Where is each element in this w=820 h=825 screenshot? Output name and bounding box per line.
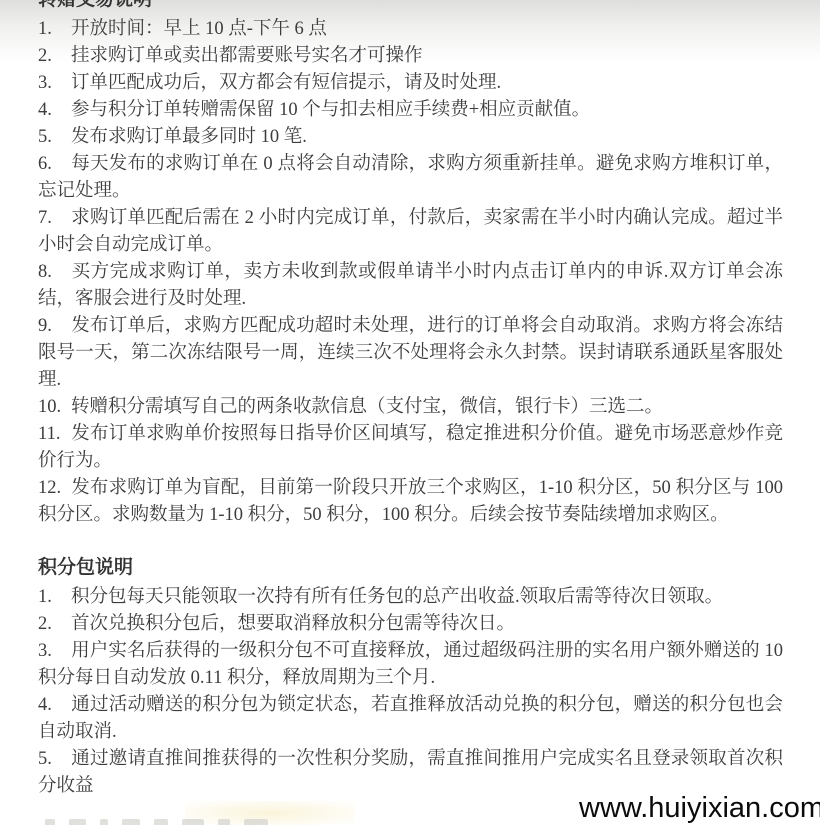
cutoff-mark xyxy=(244,819,268,825)
cutoff-mark xyxy=(218,819,230,825)
list-item: 1.积分包每天只能领取一次持有所有任务包的总产出收益.领取后需等待次日领取。 xyxy=(38,584,783,611)
list-item: 8.买方完成求购订单，卖方未收到款或假单请半小时内点击订单内的申诉.双方订单会冻… xyxy=(38,259,783,313)
item-number: 4. xyxy=(38,97,71,124)
item-text: 通过邀请直推间推获得的一次性积分奖励，需直推间推用户完成实名且登录领取首次积分收… xyxy=(38,749,783,796)
item-text: 订单匹配成功后，双方都会有短信提示，请及时处理. xyxy=(71,73,501,93)
list-item: 6.每天发布的求购订单在 0 点将会自动清除，求购方须重新挂单。避免求购方堆积订… xyxy=(38,151,783,205)
item-number: 10. xyxy=(38,394,71,421)
list-item: 2.挂求购订单或卖出都需要账号实名才可操作 xyxy=(38,43,783,70)
item-text: 积分包每天只能领取一次持有所有任务包的总产出收益.领取后需等待次日领取。 xyxy=(71,587,723,607)
list-item: 3.用户实名后获得的一级积分包不可直接释放，通过超级码注册的实名用户额外赠送的 … xyxy=(38,638,783,692)
list-item: 4.通过活动赠送的积分包为锁定状态，若直推释放活动兑换的积分包，赠送的积分包也会… xyxy=(38,692,783,746)
document-body: 转赠交易说明 1.开放时间：早上 10 点-下午 6 点 2.挂求购订单或卖出都… xyxy=(38,0,783,800)
item-number: 8. xyxy=(38,259,71,286)
item-text: 买方完成求购订单，卖方未收到款或假单请半小时内点击订单内的申诉.双方订单会冻结，… xyxy=(38,262,783,309)
item-text: 发布订单求购单价按照每日指导价区间填写，稳定推进积分价值。避免市场恶意炒作竞价行… xyxy=(38,424,783,471)
item-text: 发布订单后，求购方匹配成功超时未处理，进行的订单将会自动取消。求购方将会冻结限号… xyxy=(38,316,783,390)
list-item: 7.求购订单匹配后需在 2 小时内完成订单，付款后，卖家需在半小时内确认完成。超… xyxy=(38,205,783,259)
section-title: 转赠交易说明 xyxy=(38,0,783,12)
list-item: 10.转赠积分需填写自己的两条收款信息（支付宝，微信，银行卡）三选二。 xyxy=(38,394,783,421)
item-number: 3. xyxy=(38,70,71,97)
list-item: 1.开放时间：早上 10 点-下午 6 点 xyxy=(38,16,783,43)
item-text: 参与积分订单转赠需保留 10 个与扣去相应手续费+相应贡献值。 xyxy=(71,100,590,120)
item-text: 每天发布的求购订单在 0 点将会自动清除，求购方须重新挂单。避免求购方堆积订单，… xyxy=(38,154,783,201)
item-number: 9. xyxy=(38,313,71,340)
item-number: 5. xyxy=(38,124,71,151)
cutoff-mark xyxy=(69,819,86,825)
item-text: 转赠积分需填写自己的两条收款信息（支付宝，微信，银行卡）三选二。 xyxy=(71,397,663,417)
cutoff-mark xyxy=(154,819,168,825)
watermark-url: www.huiyixian.com xyxy=(579,792,820,824)
list-item: 11.发布订单求购单价按照每日指导价区间填写，稳定推进积分价值。避免市场恶意炒作… xyxy=(38,421,783,475)
section-points-package-rules: 积分包说明 1.积分包每天只能领取一次持有所有任务包的总产出收益.领取后需等待次… xyxy=(38,556,783,800)
item-text: 发布求购订单最多同时 10 笔. xyxy=(71,127,307,147)
item-number: 2. xyxy=(38,611,71,638)
item-number: 3. xyxy=(38,638,71,665)
item-number: 6. xyxy=(38,151,71,178)
item-text: 用户实名后获得的一级积分包不可直接释放，通过超级码注册的实名用户额外赠送的 10… xyxy=(38,641,783,688)
item-number: 7. xyxy=(38,205,71,232)
cutoff-mark xyxy=(100,819,108,825)
cutoff-text-fragment xyxy=(45,819,268,825)
item-number: 11. xyxy=(38,421,71,448)
item-number: 12. xyxy=(38,475,71,502)
item-text: 首次兑换积分包后，想要取消释放积分包需等待次日。 xyxy=(71,614,515,634)
list-item: 5.发布求购订单最多同时 10 笔. xyxy=(38,124,783,151)
item-number: 2. xyxy=(38,43,71,70)
list-item: 12.发布求购订单为盲配，目前第一阶段只开放三个求购区，1-10 积分区，50 … xyxy=(38,475,783,529)
clipped-title-container: 转赠交易说明 xyxy=(38,0,783,12)
item-text: 发布求购订单为盲配，目前第一阶段只开放三个求购区，1-10 积分区，50 积分区… xyxy=(38,478,783,525)
item-text: 通过活动赠送的积分包为锁定状态，若直推释放活动兑换的积分包，赠送的积分包也会自动… xyxy=(38,695,783,742)
item-text: 求购订单匹配后需在 2 小时内完成订单，付款后，卖家需在半小时内确认完成。超过半… xyxy=(38,208,783,255)
cutoff-mark xyxy=(45,819,55,825)
cutoff-mark xyxy=(122,819,140,825)
item-number: 5. xyxy=(38,746,71,773)
cutoff-mark xyxy=(182,819,204,825)
item-text: 挂求购订单或卖出都需要账号实名才可操作 xyxy=(71,46,423,66)
list-item: 9.发布订单后，求购方匹配成功超时未处理，进行的订单将会自动取消。求购方将会冻结… xyxy=(38,313,783,394)
item-number: 1. xyxy=(38,584,71,611)
list-item: 4.参与积分订单转赠需保留 10 个与扣去相应手续费+相应贡献值。 xyxy=(38,97,783,124)
points-package-list: 1.积分包每天只能领取一次持有所有任务包的总产出收益.领取后需等待次日领取。 2… xyxy=(38,584,783,800)
item-number: 1. xyxy=(38,16,71,43)
transfer-rules-list: 1.开放时间：早上 10 点-下午 6 点 2.挂求购订单或卖出都需要账号实名才… xyxy=(38,16,783,529)
item-number: 4. xyxy=(38,692,71,719)
section-title: 积分包说明 xyxy=(38,556,783,580)
item-text: 开放时间：早上 10 点-下午 6 点 xyxy=(71,19,327,39)
section-transfer-rules: 转赠交易说明 1.开放时间：早上 10 点-下午 6 点 2.挂求购订单或卖出都… xyxy=(38,0,783,529)
list-item: 2.首次兑换积分包后，想要取消释放积分包需等待次日。 xyxy=(38,611,783,638)
list-item: 3.订单匹配成功后，双方都会有短信提示，请及时处理. xyxy=(38,70,783,97)
